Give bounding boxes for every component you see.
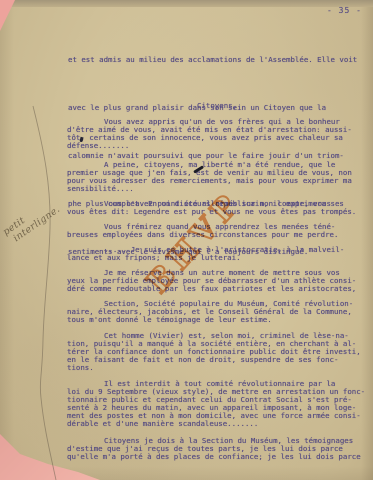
typed-line: tous m'ont donné le témoignage de leur e…	[67, 316, 353, 324]
paragraph: Je me réserve dans un autre moment de me…	[67, 269, 356, 293]
page-top-edge	[0, 0, 373, 7]
typed-line: dérable et d'une manière scandaleuse....…	[67, 420, 365, 428]
typed-line: en le faisant de fait et non de droit, s…	[67, 356, 361, 364]
typed-line: tions.	[67, 364, 361, 372]
paragraph: Section, Société populaire du Muséum, Co…	[67, 300, 353, 324]
page-number: - 35 -	[327, 7, 362, 15]
salutation: Citoyens,	[197, 102, 237, 110]
paragraph: Vous avez appris qu'un de vos frères qui…	[67, 118, 352, 150]
typed-line: qu'elle m'a porté à des places de confia…	[67, 453, 361, 461]
typed-line: défense.......	[67, 142, 352, 150]
paragraph: Citoyens je dois à la Section du Muséum,…	[67, 437, 361, 461]
paragraph: Il est interdit à tout comité révolution…	[67, 380, 365, 428]
typed-line: déré comme redoutable par les faux patri…	[67, 285, 356, 293]
paragraph: Cet homme (Vivier) est, selon moi, crimi…	[67, 332, 361, 372]
typed-line: et est admis au milieu des acclamations …	[68, 52, 357, 68]
